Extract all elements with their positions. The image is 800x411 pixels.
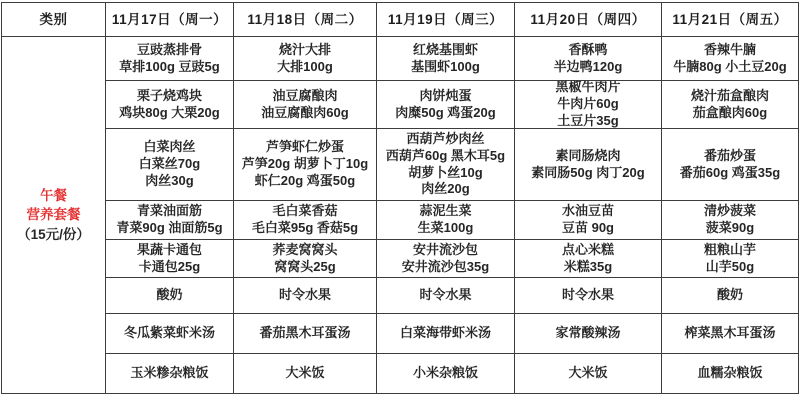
- meal-name-label: 午餐: [40, 186, 67, 206]
- menu-cell-fruit-thu: 时令水果: [515, 278, 662, 314]
- menu-cell-soup-fri: 榨菜黑木耳蛋汤: [662, 314, 799, 354]
- menu-cell-stirfry-thu: 素同肠烧肉 素同肠50g 肉丁20g: [515, 129, 662, 201]
- menu-cell-rice-thu: 大米饭: [515, 354, 662, 394]
- menu-cell-stirfry-mon: 白菜肉丝 白菜丝70g 肉丝30g: [106, 129, 234, 201]
- menu-cell-veg-tue: 毛白菜香菇 毛白菜95g 香菇5g: [234, 201, 377, 240]
- menu-cell-main1-mon: 豆豉蒸排骨 草排100g 豆豉5g: [106, 37, 234, 81]
- menu-cell-fruit-fri: 酸奶: [662, 278, 799, 314]
- meal-price-label: （15元/份）: [17, 225, 90, 245]
- menu-cell-fruit-mon: 酸奶: [106, 278, 234, 314]
- menu-cell-fruit-tue: 时令水果: [234, 278, 377, 314]
- header-monday: 11月17日（周一）: [106, 3, 234, 37]
- header-thursday: 11月20日（周四）: [515, 3, 662, 37]
- menu-cell-main1-wed: 红烧基围虾 基围虾100g: [377, 37, 515, 81]
- menu-cell-main2-thu: 黑椒牛肉片 牛肉片60g 土豆片35g: [515, 81, 662, 129]
- menu-cell-veg-thu: 水油豆苗 豆苗 90g: [515, 201, 662, 240]
- menu-cell-snack-thu: 点心米糕 米糕35g: [515, 240, 662, 278]
- menu-cell-rice-mon: 玉米糁杂粮饭: [106, 354, 234, 394]
- header-friday: 11月21日（周五）: [662, 3, 799, 37]
- menu-cell-snack-mon: 果蔬卡通包 卡通包25g: [106, 240, 234, 278]
- menu-cell-stirfry-wed: 西葫芦炒肉丝 西葫芦60g 黑木耳5g 胡萝卜丝10g 肉丝20g: [377, 129, 515, 201]
- menu-cell-main2-wed: 肉饼炖蛋 肉糜50g 鸡蛋20g: [377, 81, 515, 129]
- meal-category-cell: 午餐 营养套餐 （15元/份）: [2, 37, 106, 394]
- menu-cell-veg-fri: 清炒菠菜 菠菜90g: [662, 201, 799, 240]
- header-tuesday: 11月18日（周二）: [234, 3, 377, 37]
- menu-cell-veg-mon: 青菜油面筋 青菜90g 油面筋5g: [106, 201, 234, 240]
- menu-cell-stirfry-fri: 番茄炒蛋 番茄60g 鸡蛋35g: [662, 129, 799, 201]
- menu-cell-main1-fri: 香辣牛腩 牛腩80g 小土豆20g: [662, 37, 799, 81]
- lunch-menu-table: 类别 11月17日（周一） 11月18日（周二） 11月19日（周三） 11月2…: [1, 2, 799, 394]
- menu-cell-snack-wed: 安井流沙包 安井流沙包35g: [377, 240, 515, 278]
- header-wednesday: 11月19日（周三）: [377, 3, 515, 37]
- menu-cell-main2-mon: 栗子烧鸡块 鸡块80g 大栗20g: [106, 81, 234, 129]
- meal-type-label: 营养套餐: [27, 205, 81, 225]
- menu-cell-rice-fri: 血糯杂粮饭: [662, 354, 799, 394]
- menu-cell-veg-wed: 蒜泥生菜 生菜100g: [377, 201, 515, 240]
- menu-cell-soup-mon: 冬瓜紫菜虾米汤: [106, 314, 234, 354]
- header-category: 类别: [2, 3, 106, 37]
- menu-cell-main1-tue: 烧汁大排 大排100g: [234, 37, 377, 81]
- menu-cell-stirfry-tue: 芦笋虾仁炒蛋 芦笋20g 胡萝卜丁10g 虾仁20g 鸡蛋50g: [234, 129, 377, 201]
- menu-cell-rice-wed: 小米杂粮饭: [377, 354, 515, 394]
- menu-cell-soup-thu: 家常酸辣汤: [515, 314, 662, 354]
- menu-cell-snack-tue: 荞麦窝窝头 窝窝头25g: [234, 240, 377, 278]
- menu-cell-soup-tue: 番茄黑木耳蛋汤: [234, 314, 377, 354]
- menu-cell-soup-wed: 白菜海带虾米汤: [377, 314, 515, 354]
- menu-cell-main2-tue: 油豆腐酿肉 油豆腐酿肉60g: [234, 81, 377, 129]
- menu-cell-rice-tue: 大米饭: [234, 354, 377, 394]
- menu-cell-main1-thu: 香酥鸭 半边鸭120g: [515, 37, 662, 81]
- menu-cell-snack-fri: 粗粮山芋 山芋50g: [662, 240, 799, 278]
- menu-cell-main2-fri: 烧汁茄盒酿肉 茄盒酿肉60g: [662, 81, 799, 129]
- lunch-menu-page: 类别 11月17日（周一） 11月18日（周二） 11月19日（周三） 11月2…: [0, 0, 800, 411]
- menu-cell-fruit-wed: 时令水果: [377, 278, 515, 314]
